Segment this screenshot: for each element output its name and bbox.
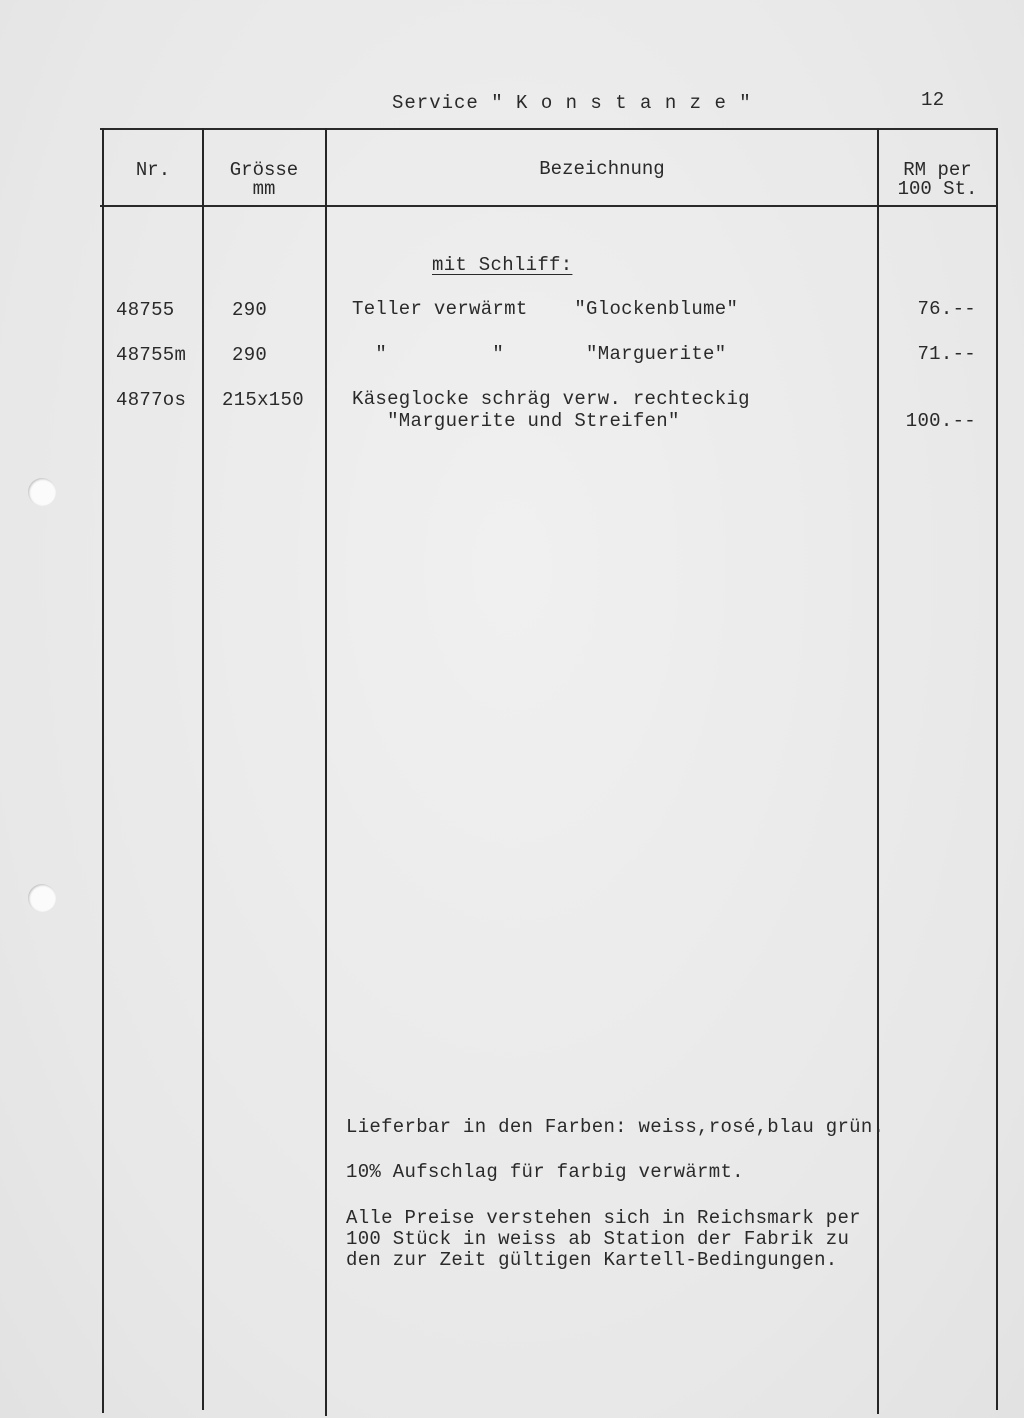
section-heading: mit Schliff: xyxy=(432,255,572,276)
item-price: 71.-- xyxy=(880,344,976,365)
item-description: Käseglocke schräg verw. rechteckig xyxy=(352,389,750,410)
item-number: 4877os xyxy=(116,390,186,411)
note-colors: Lieferbar in den Farben: weiss,rosé,blau… xyxy=(346,1117,884,1138)
column-header-description: Bezeichnung xyxy=(327,160,877,179)
column-header-nr: Nr. xyxy=(104,161,202,180)
page-title: Service " K o n s t a n z e " xyxy=(392,93,752,114)
punch-hole xyxy=(28,478,56,506)
item-price: 76.-- xyxy=(880,299,976,320)
table-top-border xyxy=(100,128,998,130)
item-price: 100.-- xyxy=(880,411,976,432)
punch-hole xyxy=(28,884,56,912)
item-description: Teller verwärmt "Glockenblume" xyxy=(352,299,738,320)
table-right-border xyxy=(996,128,998,1410)
column-header-price-unit: 100 St. xyxy=(879,180,996,199)
item-number: 48755m xyxy=(116,345,186,366)
page-number: 12 xyxy=(921,90,944,111)
column-divider xyxy=(325,128,327,1416)
column-divider xyxy=(102,128,104,1413)
table-header-border xyxy=(100,205,998,207)
item-description: " " "Marguerite" xyxy=(352,344,726,365)
item-size: 290 xyxy=(232,300,267,321)
item-size: 290 xyxy=(232,345,267,366)
document-page: Service " K o n s t a n z e " 12 Nr. Grö… xyxy=(0,0,1024,1418)
note-terms: Alle Preise verstehen sich in Reichsmark… xyxy=(346,1208,861,1229)
note-surcharge: 10% Aufschlag für farbig verwärmt. xyxy=(346,1162,744,1183)
item-number: 48755 xyxy=(116,300,175,321)
column-divider xyxy=(877,128,879,1414)
column-header-size-unit: mm xyxy=(204,180,324,199)
item-size: 215x150 xyxy=(222,390,304,411)
note-terms: 100 Stück in weiss ab Station der Fabrik… xyxy=(346,1229,849,1250)
item-description-line2: "Marguerite und Streifen" xyxy=(352,411,680,432)
column-divider xyxy=(202,128,204,1410)
note-terms: den zur Zeit gültigen Kartell-Bedingunge… xyxy=(346,1250,837,1271)
